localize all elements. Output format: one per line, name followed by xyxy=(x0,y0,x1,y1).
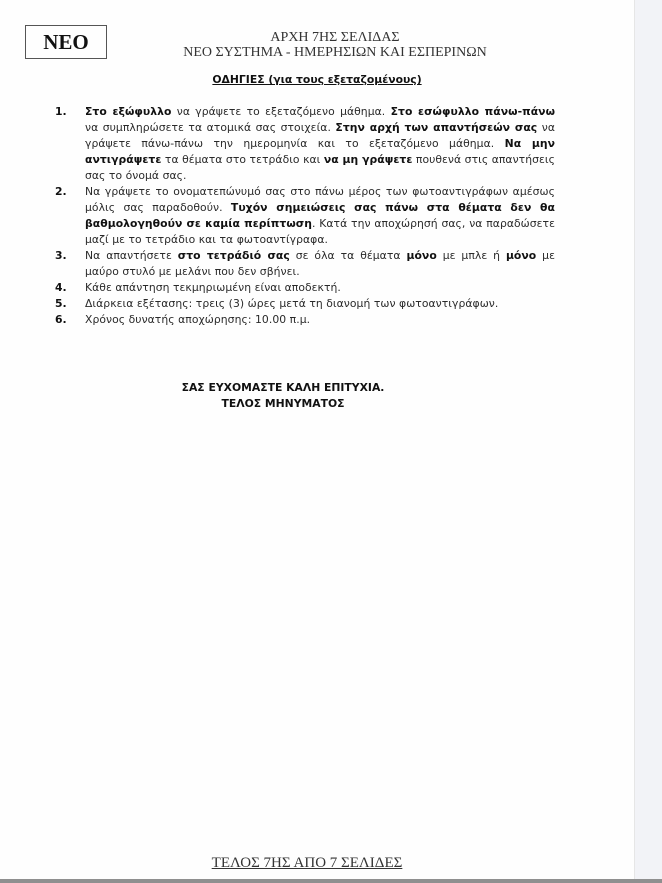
header-line-1: ΑΡΧΗ 7ΗΣ ΣΕΛΙΔΑΣ xyxy=(110,30,560,45)
instruction-emphasis: να μη γράψετε xyxy=(324,153,413,166)
instruction-item: 2.Να γράψετε το ονοματεπώνυμό σας στο πά… xyxy=(55,184,555,248)
instruction-item: 1.Στο εξώφυλλο να γράψετε το εξεταζόμενο… xyxy=(55,104,555,184)
instruction-emphasis: μόνο xyxy=(506,249,536,262)
instruction-text: Στο εξώφυλλο να γράψετε το εξεταζόμενο μ… xyxy=(85,104,555,184)
neo-badge: ΝΕΟ xyxy=(25,25,107,59)
instruction-number: 2. xyxy=(55,184,85,248)
instruction-number: 4. xyxy=(55,280,85,296)
instruction-segment: σε όλα τα θέματα xyxy=(290,249,407,262)
instruction-emphasis: στο τετράδιό σας xyxy=(178,249,290,262)
instruction-emphasis: Στην αρχή των απαντήσεών σας xyxy=(335,121,537,134)
instruction-segment: Διάρκεια εξέτασης: τρεις (3) ώρες μετά τ… xyxy=(85,297,498,310)
instruction-text: Χρόνος δυνατής αποχώρησης: 10.00 π.μ. xyxy=(85,312,555,328)
instructions-title: ΟΔΗΓΙΕΣ (για τους εξεταζομένους) xyxy=(0,73,634,86)
instruction-segment: Να απαντήσετε xyxy=(85,249,178,262)
instruction-emphasis: Στο εξώφυλλο xyxy=(85,105,171,118)
instruction-segment: τα θέματα στο τετράδιο και xyxy=(161,153,323,166)
instruction-segment: να συμπληρώσετε τα ατομικά σας στοιχεία. xyxy=(85,121,335,134)
page-header: ΑΡΧΗ 7ΗΣ ΣΕΛΙΔΑΣ ΝΕΟ ΣΥΣΤΗΜΑ - ΗΜΕΡΗΣΙΩΝ… xyxy=(110,30,560,60)
instruction-number: 6. xyxy=(55,312,85,328)
instructions-list: 1.Στο εξώφυλλο να γράψετε το εξεταζόμενο… xyxy=(55,104,555,328)
instruction-number: 3. xyxy=(55,248,85,280)
instruction-emphasis: μόνο xyxy=(406,249,436,262)
instruction-segment: Χρόνος δυνατής αποχώρησης: 10.00 π.μ. xyxy=(85,313,310,326)
instruction-text: Διάρκεια εξέτασης: τρεις (3) ώρες μετά τ… xyxy=(85,296,555,312)
document-page: ΝΕΟ ΑΡΧΗ 7ΗΣ ΣΕΛΙΔΑΣ ΝΕΟ ΣΥΣΤΗΜΑ - ΗΜΕΡΗ… xyxy=(0,0,635,879)
instruction-text: Κάθε απάντηση τεκμηριωμένη είναι αποδεκτ… xyxy=(85,280,555,296)
closing-line-1: ΣΑΣ ΕΥΧΟΜΑΣΤΕ ΚΑΛΗ ΕΠΙΤΥΧΙΑ. xyxy=(0,380,566,396)
instruction-segment: να γράψετε το εξεταζόμενο μάθημα. xyxy=(171,105,390,118)
header-line-2: ΝΕΟ ΣΥΣΤΗΜΑ - ΗΜΕΡΗΣΙΩΝ ΚΑΙ ΕΣΠΕΡΙΝΩΝ xyxy=(110,45,560,60)
instruction-item: 4.Κάθε απάντηση τεκμηριωμένη είναι αποδε… xyxy=(55,280,555,296)
instruction-segment: Κάθε απάντηση τεκμηριωμένη είναι αποδεκτ… xyxy=(85,281,341,294)
instruction-text: Να γράψετε το ονοματεπώνυμό σας στο πάνω… xyxy=(85,184,555,248)
instruction-segment: με μπλε ή xyxy=(437,249,506,262)
bottom-divider xyxy=(0,879,662,883)
closing-line-2: ΤΕΛΟΣ ΜΗΝΥΜΑΤΟΣ xyxy=(0,396,566,412)
closing-message: ΣΑΣ ΕΥΧΟΜΑΣΤΕ ΚΑΛΗ ΕΠΙΤΥΧΙΑ. ΤΕΛΟΣ ΜΗΝΥΜ… xyxy=(0,380,566,412)
instruction-text: Να απαντήσετε στο τετράδιό σας σε όλα τα… xyxy=(85,248,555,280)
instruction-number: 1. xyxy=(55,104,85,184)
instruction-emphasis: Στο εσώφυλλο πάνω-πάνω xyxy=(391,105,555,118)
instruction-item: 3.Να απαντήσετε στο τετράδιό σας σε όλα … xyxy=(55,248,555,280)
instruction-item: 5.Διάρκεια εξέτασης: τρεις (3) ώρες μετά… xyxy=(55,296,555,312)
instruction-number: 5. xyxy=(55,296,85,312)
page-footer: ΤΕΛΟΣ 7ΗΣ ΑΠΟ 7 ΣΕΛΙΔΕΣ xyxy=(0,855,614,872)
instruction-item: 6.Χρόνος δυνατής αποχώρησης: 10.00 π.μ. xyxy=(55,312,555,328)
